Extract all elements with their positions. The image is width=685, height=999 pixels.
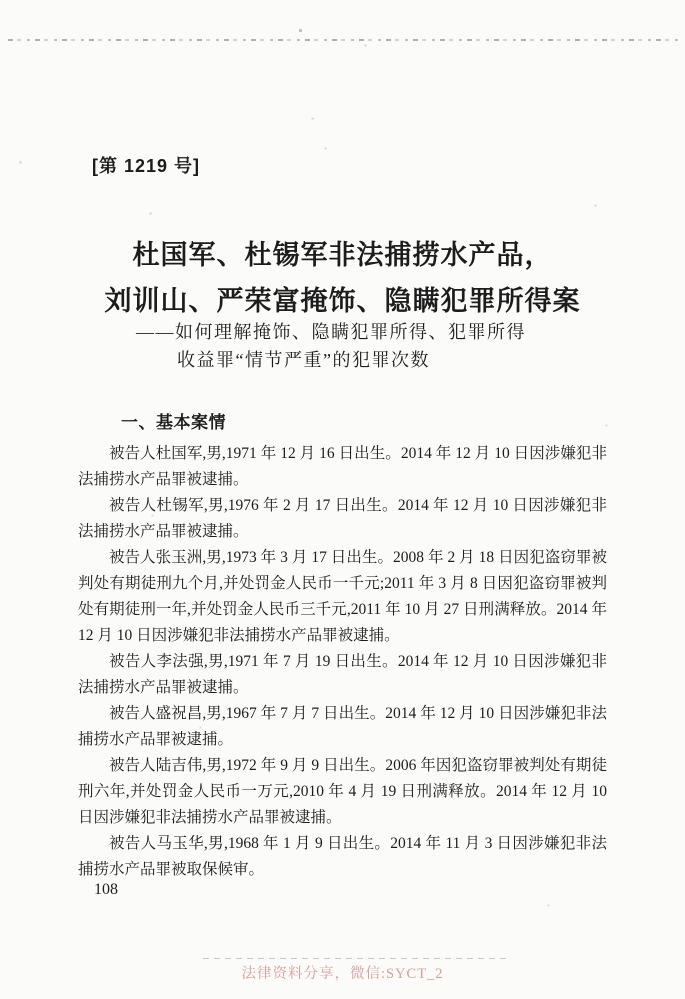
body-paragraph: 被告人杜国军,男,1971 年 12 月 16 日出生。2014 年 12 月 …: [78, 441, 607, 493]
scan-noise-speckles: [0, 0, 1, 1]
case-title: 杜国军、杜锡军非法捕捞水产品， 刘训山、严荣富掩饰、隐瞒犯罪所得案: [0, 232, 685, 324]
case-subtitle-line-2: 收益罪“情节严重”的犯罪次数: [177, 346, 430, 372]
body-paragraph: 被告人杜锡军,男,1976 年 2 月 17 日出生。2014 年 12 月 1…: [78, 493, 607, 545]
body-paragraph: 被告人陆吉伟,男,1972 年 9 月 9 日出生。2006 年因犯盗窃罪被判处…: [78, 753, 607, 831]
body-paragraph: 被告人马玉华,男,1968 年 1 月 9 日出生。2014 年 11 月 3 …: [78, 831, 607, 883]
scan-artifact-top-line: [8, 39, 680, 41]
case-number: [第 1219 号]: [92, 152, 200, 178]
page-number: 108: [94, 881, 118, 899]
section-heading-basic-facts: 一、基本案情: [121, 408, 226, 433]
body-paragraph: 被告人盛祝昌,男,1967 年 7 月 7 日出生。2014 年 12 月 10…: [78, 701, 607, 753]
case-subtitle-line-1: ——如何理解掩饰、隐瞒犯罪所得、犯罪所得: [136, 318, 526, 344]
footer-watermark: 法律资料分享，微信:SYCT_2: [0, 962, 685, 983]
body-text: 被告人杜国军,男,1971 年 12 月 16 日出生。2014 年 12 月 …: [78, 441, 607, 883]
body-paragraph: 被告人张玉洲,男,1973 年 3 月 17 日出生。2008 年 2 月 18…: [78, 545, 607, 649]
scan-artifact-footer-line: [203, 958, 508, 959]
case-title-line-1: 杜国军、杜锡军非法捕捞水产品，: [0, 232, 685, 278]
body-paragraph: 被告人李法强,男,1971 年 7 月 19 日出生。2014 年 12 月 1…: [78, 649, 607, 701]
